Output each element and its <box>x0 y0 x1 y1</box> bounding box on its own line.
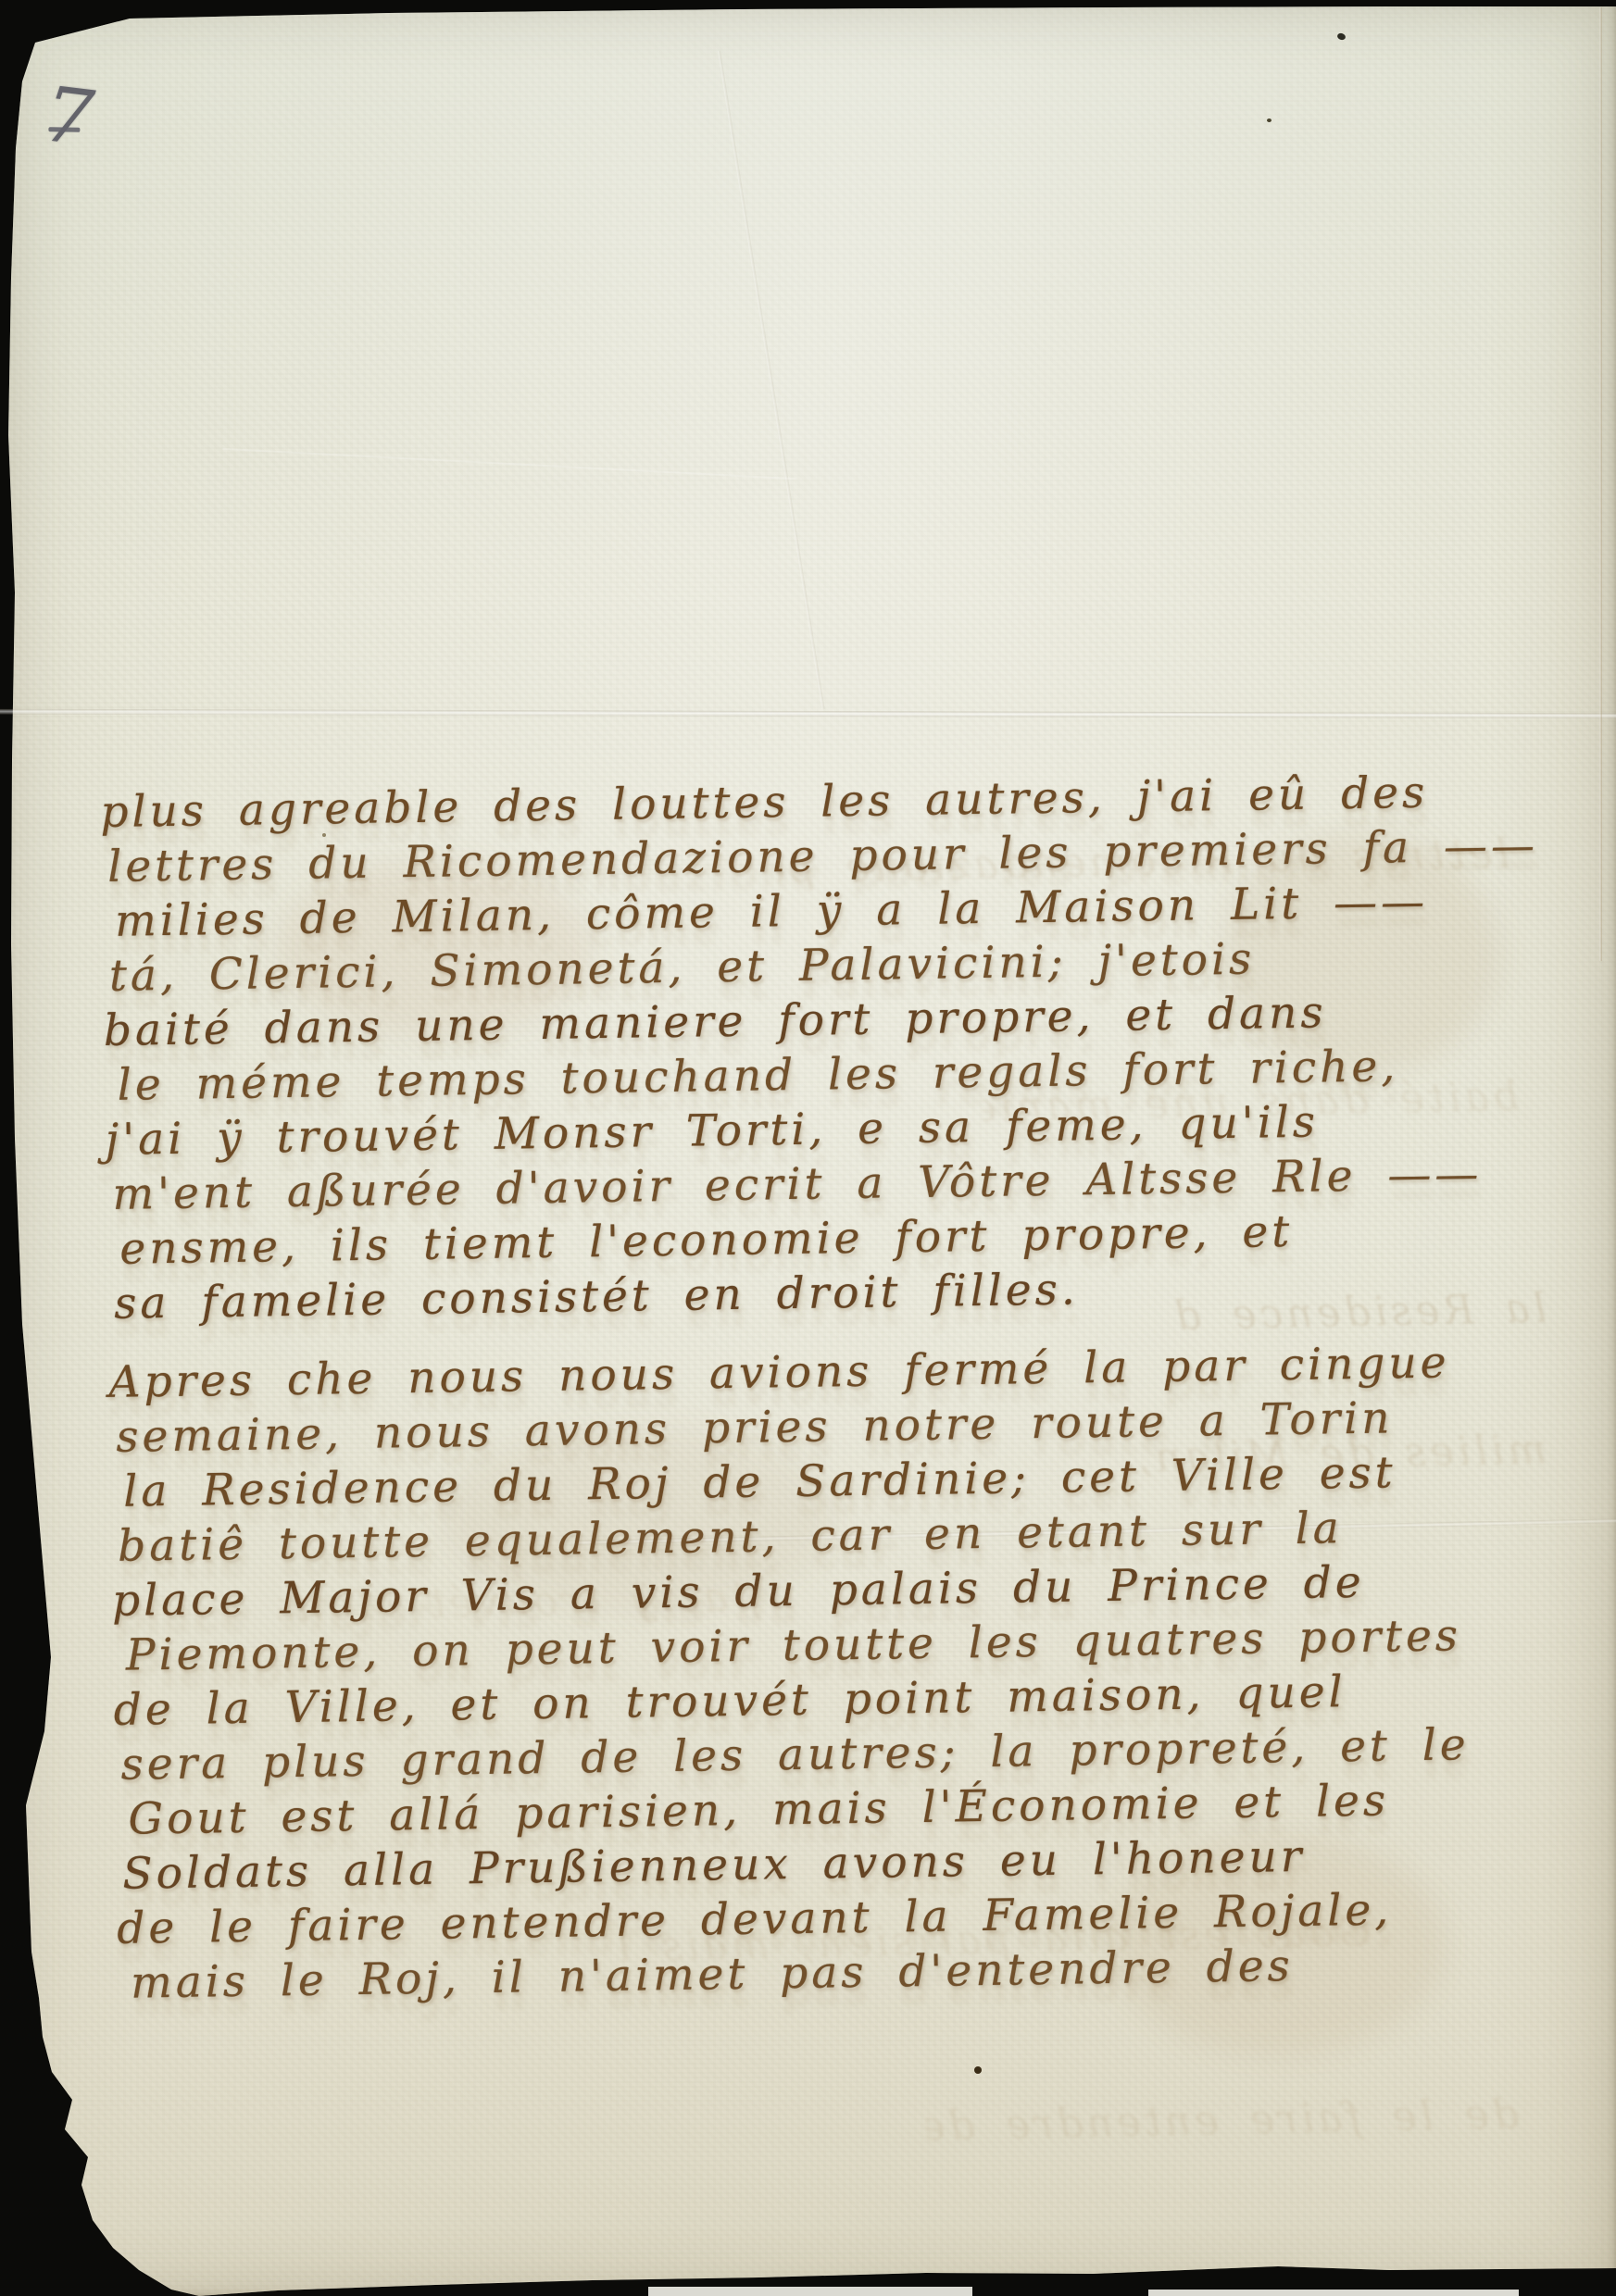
ink-speck <box>974 2066 982 2074</box>
letter-body: plus agreable des louttes les autres, j'… <box>100 764 1581 2011</box>
letter-paragraph: Apres che nous nous avions fermé la par … <box>108 1333 1581 2010</box>
scanner-bed-strip <box>1148 2290 1519 2296</box>
letter-paragraph: plus agreable des louttes les autres, j'… <box>100 764 1572 1331</box>
pencil-crossbar <box>48 127 80 132</box>
scanner-bed-strip <box>648 2287 972 2296</box>
page-number-annotation: 7 <box>40 77 97 158</box>
ink-speck <box>1267 119 1272 122</box>
scanned-letter-page: 7 lettres du Ricomendazione pour les pre… <box>0 0 1616 2296</box>
